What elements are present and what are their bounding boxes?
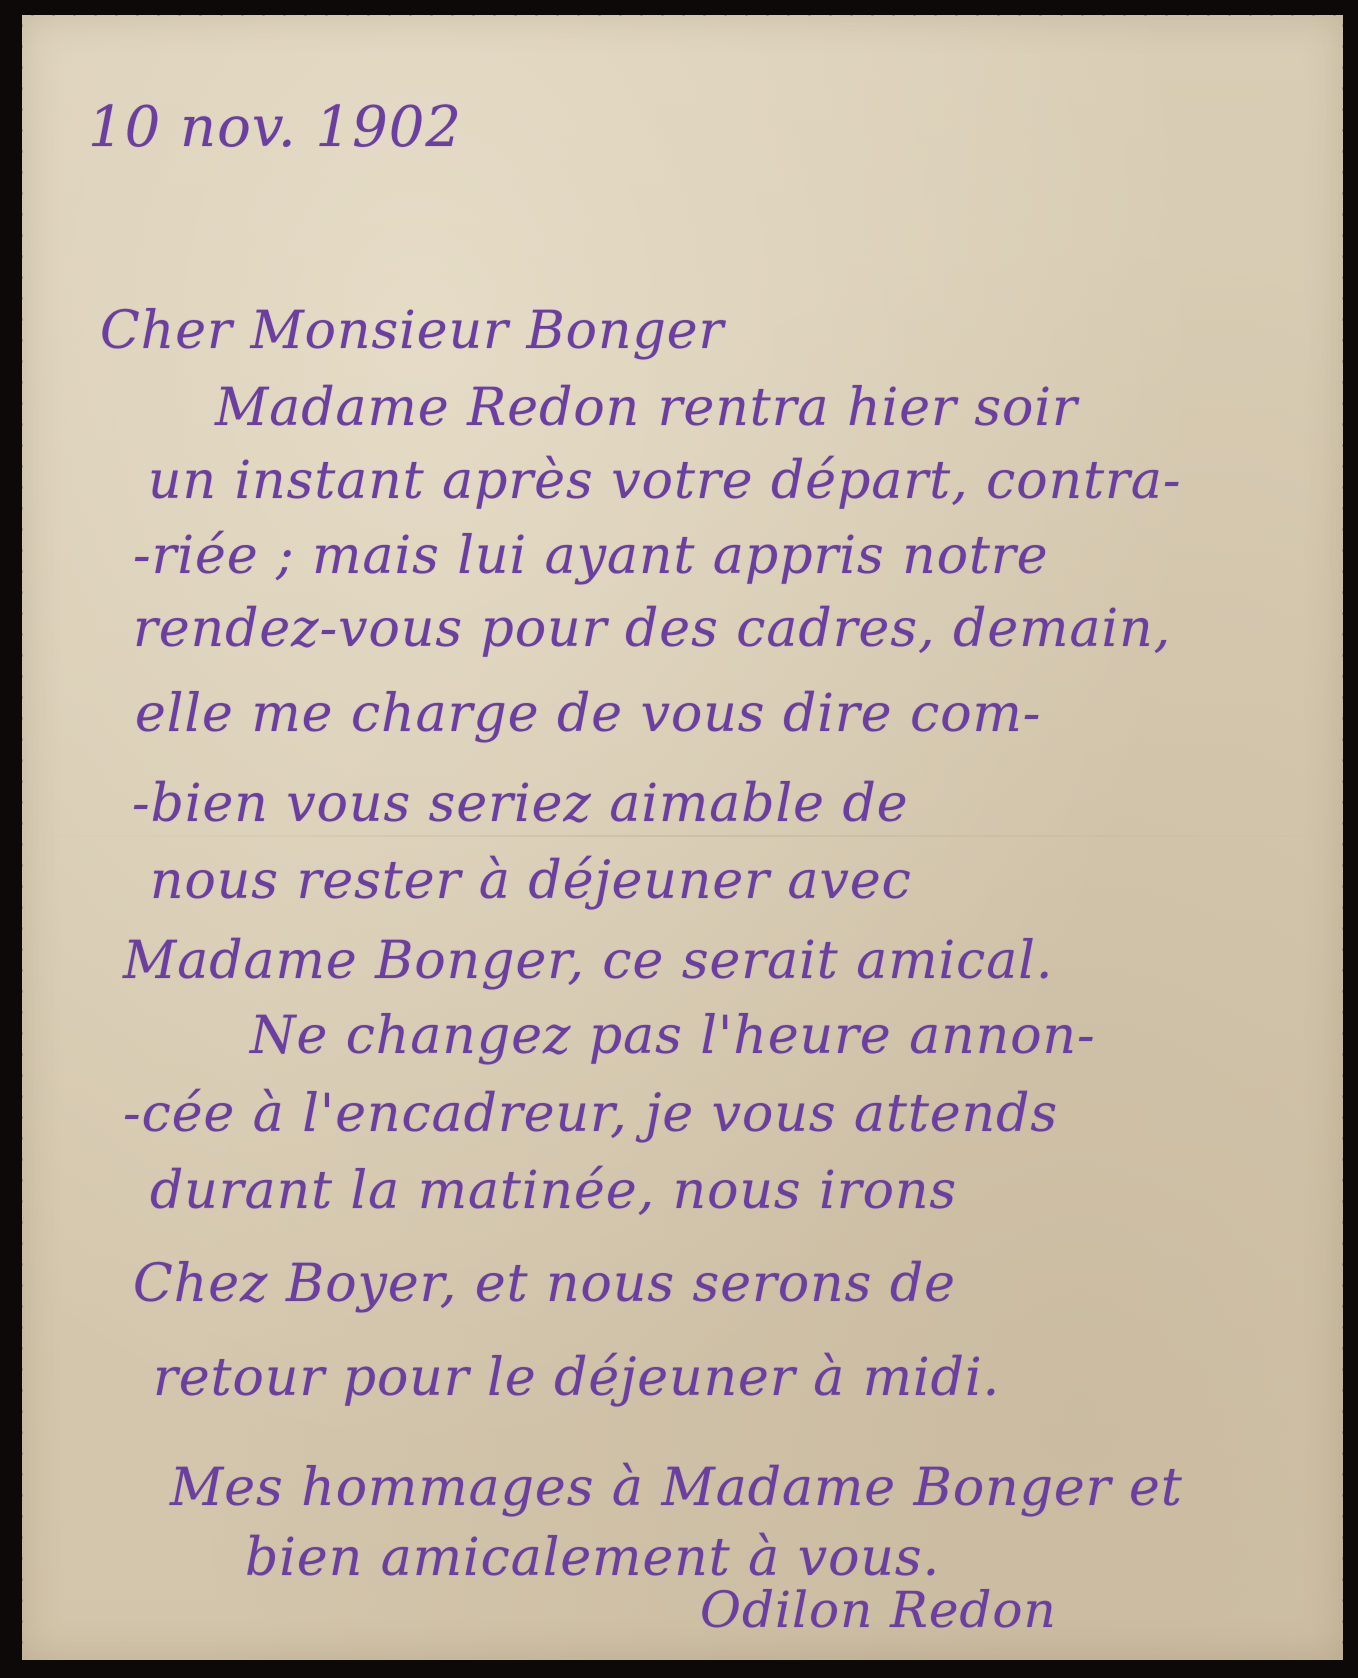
paper-fold: [22, 835, 1343, 837]
letter-line: nous rester à déjeuner avec: [150, 855, 912, 907]
letter-line: retour pour le déjeuner à midi.: [153, 1352, 1000, 1404]
letter-line: bien amicalement à vous.: [245, 1532, 940, 1584]
letter-line: -bien vous seriez aimable de: [132, 778, 909, 830]
letter-line: Mes hommages à Madame Bonger et: [170, 1462, 1183, 1514]
letter-line: durant la matinée, nous irons: [150, 1165, 957, 1217]
letter-date: 10 nov. 1902: [88, 100, 462, 156]
letter-line: Madame Redon rentra hier soir: [215, 382, 1078, 434]
signature: Odilon Redon: [700, 1585, 1057, 1635]
letter-line: -riée ; mais lui ayant appris notre: [133, 530, 1049, 582]
letter-line: rendez-vous pour des cadres, demain,: [133, 603, 1171, 655]
letter-line: elle me charge de vous dire com-: [135, 688, 1041, 740]
letter-line: Ne changez pas l'heure annon-: [250, 1010, 1096, 1062]
letter-line: un instant après votre départ, contra-: [148, 455, 1181, 507]
letter-card: [22, 15, 1343, 1660]
letter-line: -cée à l'encadreur, je vous attends: [123, 1088, 1058, 1140]
salutation: Cher Monsieur Bonger: [100, 305, 724, 357]
letter-line: Madame Bonger, ce serait amical.: [123, 935, 1053, 987]
letter-line: Chez Boyer, et nous serons de: [133, 1258, 956, 1310]
